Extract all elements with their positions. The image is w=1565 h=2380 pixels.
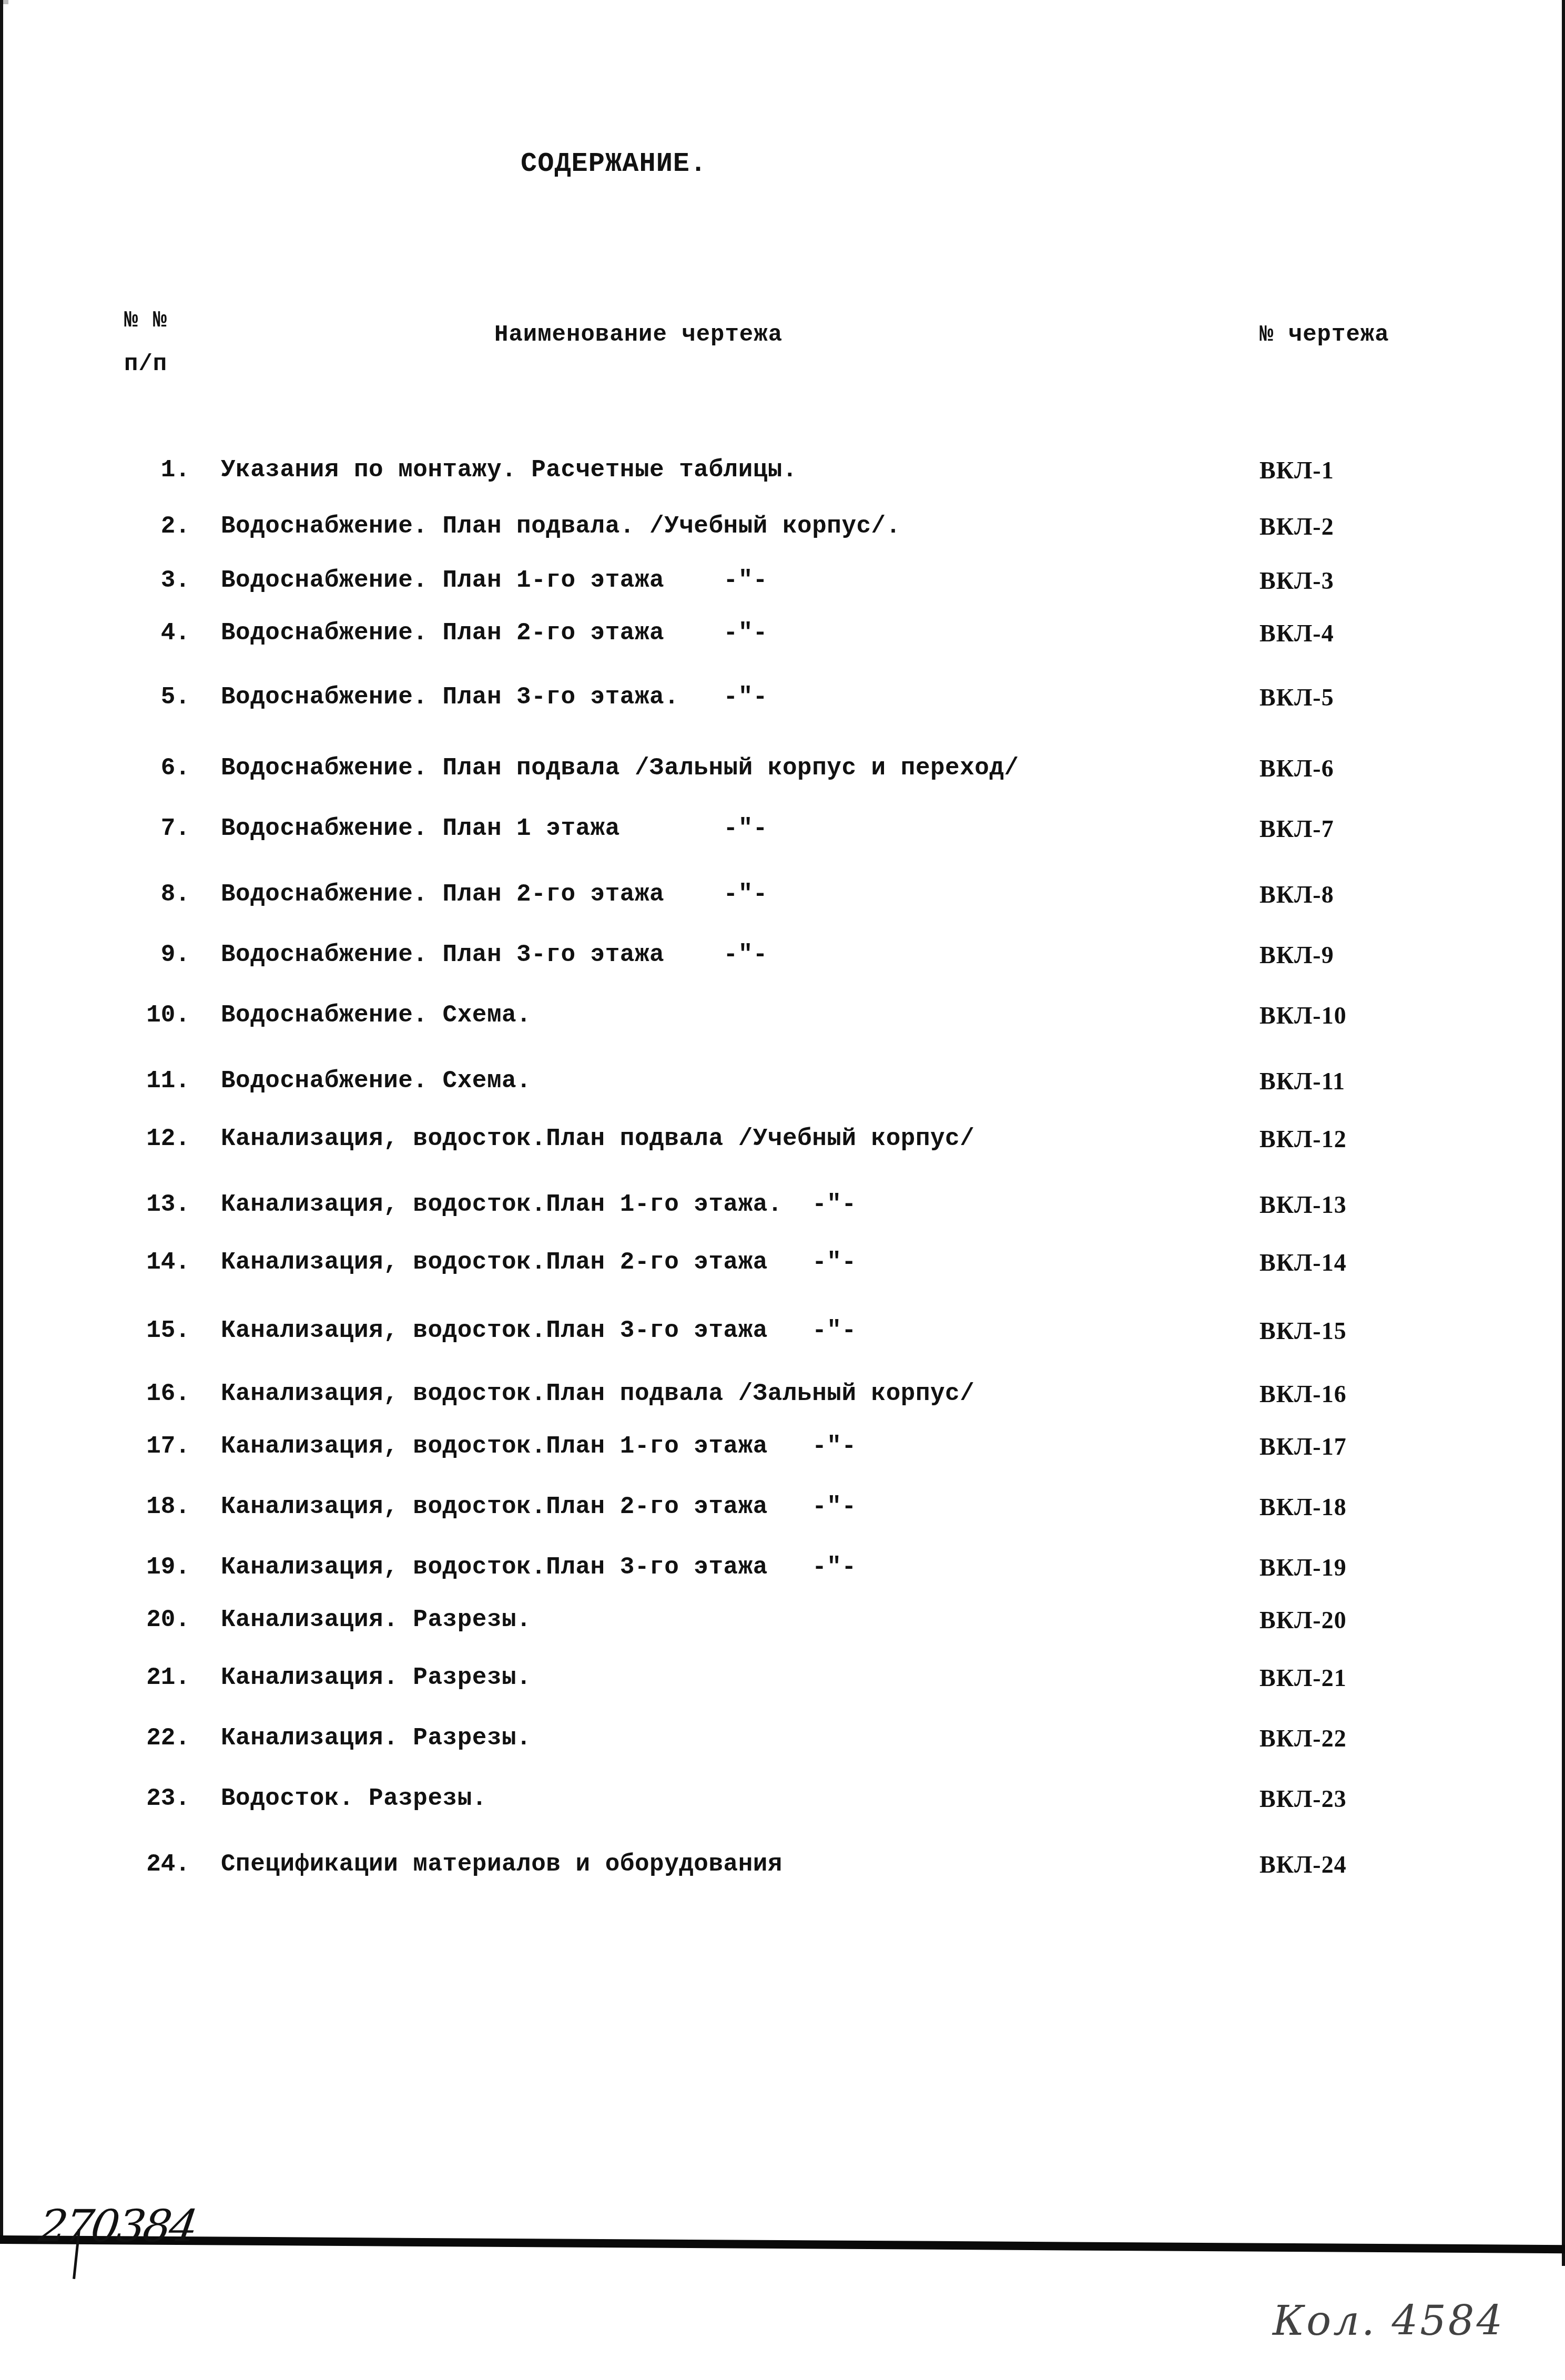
row-drawing-name: Канализация, водосток.План подвала /Учеб… [221, 1125, 974, 1152]
row-drawing-name: Канализация, водосток.План 2-го этажа -"… [221, 1249, 857, 1276]
row-drawing-name: Водоснабжение. Схема. [221, 1067, 531, 1095]
page-border-left [0, 0, 3, 2237]
row-drawing-name: Канализация, водосток.План 2-го этажа -"… [221, 1493, 857, 1520]
table-row: 19. Канализация, водосток.План 3-го этаж… [0, 1554, 1565, 1585]
row-drawing-code: ВКЛ-8 [1259, 881, 1334, 908]
row-number: 11. [146, 1067, 190, 1095]
row-drawing-name: Канализация. Разрезы. [221, 1664, 531, 1691]
table-row: 17. Канализация, водосток.План 1-го этаж… [0, 1433, 1565, 1464]
row-drawing-code: ВКЛ-21 [1259, 1664, 1347, 1692]
row-drawing-code: ВКЛ-11 [1259, 1067, 1345, 1095]
row-number: 18. [146, 1493, 190, 1520]
row-number: 23. [146, 1785, 190, 1812]
row-drawing-name: Водосток. Разрезы. [221, 1785, 487, 1812]
table-row: 4. Водоснабжение. План 2-го этажа -"- ВК… [0, 619, 1565, 651]
row-drawing-name: Водоснабжение. Схема. [221, 1002, 531, 1029]
row-drawing-name: Канализация, водосток.План 3-го этажа -"… [221, 1317, 857, 1344]
row-number: 5. [161, 683, 190, 711]
row-number: 10. [146, 1002, 190, 1029]
row-number: 12. [146, 1125, 190, 1152]
header-drawing-number: № чертежа [1259, 322, 1389, 348]
row-number: 2. [161, 513, 190, 540]
row-drawing-name: Указания по монтажу. Расчетные таблицы. [221, 456, 797, 484]
row-drawing-code: ВКЛ-18 [1259, 1493, 1347, 1521]
row-drawing-name: Канализация, водосток.План подвала /Заль… [221, 1380, 974, 1407]
header-number-line2: п/п [124, 351, 167, 377]
row-drawing-name: Спецификации материалов и оборудования [221, 1851, 782, 1878]
row-number: 3. [161, 567, 190, 594]
table-row: 18. Канализация, водосток.План 2-го этаж… [0, 1493, 1565, 1525]
row-number: 17. [146, 1433, 190, 1460]
row-number: 19. [146, 1554, 190, 1581]
row-number: 13. [146, 1191, 190, 1218]
header-drawing-name: Наименование чертежа [494, 322, 782, 348]
row-drawing-code: ВКЛ-5 [1259, 683, 1334, 711]
table-row: 13. Канализация, водосток.План 1-го этаж… [0, 1191, 1565, 1222]
page-border-bottom [0, 2235, 1565, 2253]
row-drawing-code: ВКЛ-10 [1259, 1002, 1347, 1029]
table-row: 23. Водосток. Разрезы. ВКЛ-23 [0, 1785, 1565, 1816]
table-row: 8. Водоснабжение. План 2-го этажа -"- ВК… [0, 881, 1565, 912]
row-drawing-code: ВКЛ-12 [1259, 1125, 1347, 1153]
row-number: 4. [161, 619, 190, 647]
row-drawing-name: Канализация. Разрезы. [221, 1724, 531, 1752]
row-drawing-name: Водоснабжение. План 2-го этажа -"- [221, 881, 768, 908]
table-row: 6. Водоснабжение. План подвала /Зальный … [0, 754, 1565, 786]
row-drawing-code: ВКЛ-3 [1259, 567, 1334, 595]
row-number: 1. [161, 456, 190, 484]
row-number: 22. [146, 1724, 190, 1752]
row-number: 6. [161, 754, 190, 782]
table-row: 11. Водоснабжение. Схема. ВКЛ-11 [0, 1067, 1565, 1099]
page-title: СОДЕРЖАНИЕ. [521, 148, 707, 179]
row-number: 14. [146, 1249, 190, 1276]
row-number: 7. [161, 815, 190, 842]
table-row: 20. Канализация. Разрезы. ВКЛ-20 [0, 1606, 1565, 1638]
row-drawing-name: Водоснабжение. План 1 этажа -"- [221, 815, 768, 842]
scan-artifact [3, 0, 8, 4]
table-row: 21. Канализация. Разрезы. ВКЛ-21 [0, 1664, 1565, 1695]
row-drawing-name: Водоснабжение. План 3-го этажа -"- [221, 941, 768, 968]
table-row: 9. Водоснабжение. План 3-го этажа -"- ВК… [0, 941, 1565, 973]
header-number-line1: № № [124, 308, 167, 334]
row-number: 9. [161, 941, 190, 968]
row-drawing-code: ВКЛ-9 [1259, 941, 1334, 969]
row-drawing-name: Канализация, водосток.План 3-го этажа -"… [221, 1554, 857, 1581]
row-drawing-code: ВКЛ-24 [1259, 1851, 1347, 1878]
table-row: 14. Канализация, водосток.План 2-го этаж… [0, 1249, 1565, 1280]
row-drawing-code: ВКЛ-16 [1259, 1380, 1347, 1408]
row-drawing-code: ВКЛ-23 [1259, 1785, 1347, 1813]
row-drawing-name: Водоснабжение. План подвала. /Учебный ко… [221, 513, 901, 540]
table-row: 16. Канализация, водосток.План подвала /… [0, 1380, 1565, 1412]
table-row: 1. Указания по монтажу. Расчетные таблиц… [0, 456, 1565, 488]
row-drawing-code: ВКЛ-1 [1259, 456, 1334, 484]
table-row: 15. Канализация, водосток.План 3-го этаж… [0, 1317, 1565, 1349]
row-drawing-code: ВКЛ-4 [1259, 619, 1334, 647]
row-drawing-name: Водоснабжение. План 2-го этажа -"- [221, 619, 768, 647]
row-drawing-code: ВКЛ-6 [1259, 754, 1334, 782]
row-drawing-code: ВКЛ-20 [1259, 1606, 1347, 1634]
handwritten-copy-note: Кол. 4584 [1273, 2297, 1505, 2345]
row-number: 16. [146, 1380, 190, 1407]
row-drawing-code: ВКЛ-17 [1259, 1433, 1347, 1460]
row-drawing-name: Канализация. Разрезы. [221, 1606, 531, 1633]
row-number: 21. [146, 1664, 190, 1691]
row-drawing-code: ВКЛ-13 [1259, 1191, 1347, 1219]
row-number: 15. [146, 1317, 190, 1344]
row-number: 8. [161, 881, 190, 908]
table-row: 2. Водоснабжение. План подвала. /Учебный… [0, 513, 1565, 544]
handwritten-inventory-number: 270384 [36, 2200, 199, 2252]
row-drawing-code: ВКЛ-15 [1259, 1317, 1347, 1345]
table-row: 5. Водоснабжение. План 3-го этажа. -"- В… [0, 683, 1565, 715]
row-drawing-name: Канализация, водосток.План 1-го этажа. -… [221, 1191, 857, 1218]
row-number: 20. [146, 1606, 190, 1633]
row-drawing-code: ВКЛ-2 [1259, 513, 1334, 540]
table-row: 10. Водоснабжение. Схема. ВКЛ-10 [0, 1002, 1565, 1033]
row-drawing-name: Канализация, водосток.План 1-го этажа -"… [221, 1433, 857, 1460]
row-drawing-code: ВКЛ-19 [1259, 1554, 1347, 1581]
table-row: 22. Канализация. Разрезы. ВКЛ-22 [0, 1724, 1565, 1756]
table-row: 24. Спецификации материалов и оборудован… [0, 1851, 1565, 1882]
row-drawing-name: Водоснабжение. План 3-го этажа. -"- [221, 683, 768, 711]
row-drawing-code: ВКЛ-22 [1259, 1724, 1347, 1752]
row-drawing-name: Водоснабжение. План подвала /Зальный кор… [221, 754, 1019, 782]
row-drawing-name: Водоснабжение. План 1-го этажа -"- [221, 567, 768, 594]
table-row: 12. Канализация, водосток.План подвала /… [0, 1125, 1565, 1157]
row-drawing-code: ВКЛ-7 [1259, 815, 1334, 843]
row-number: 24. [146, 1851, 190, 1878]
table-row: 3. Водоснабжение. План 1-го этажа -"- ВК… [0, 567, 1565, 598]
table-row: 7. Водоснабжение. План 1 этажа -"- ВКЛ-7 [0, 815, 1565, 846]
row-drawing-code: ВКЛ-14 [1259, 1249, 1347, 1276]
